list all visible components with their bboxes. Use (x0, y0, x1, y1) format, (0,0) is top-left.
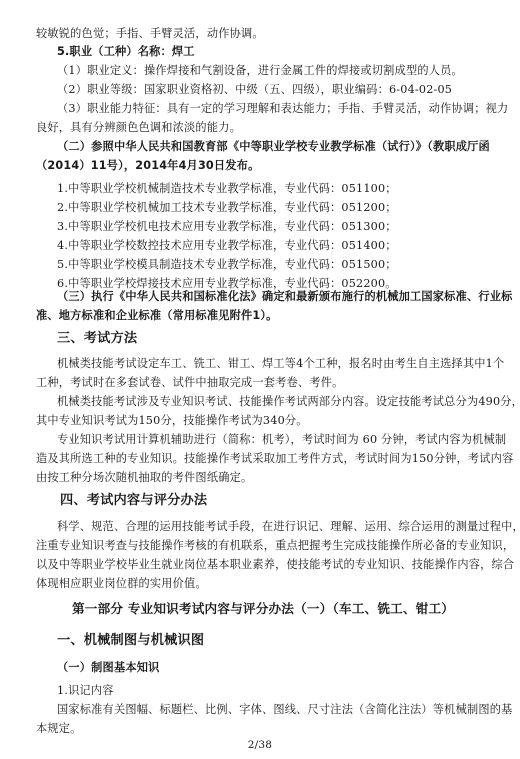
body-text: 体现相应职业岗位群的实用价值。 (36, 577, 207, 591)
body-text: （1）职业定义：操作焊接和气割设备，进行金属工件的焊接或切割成型的人员。 (57, 64, 463, 78)
body-text: （3）职业能力特征：具有一定的学习理解和表达能力；手指、手臂灵活，动作协调；视力 (57, 102, 508, 116)
occupation-heading: 5.职业（工种）名称：焊工 (57, 45, 195, 59)
body-text: 以及中等职业学校毕业生就业岗位基本职业素养，使技能考试的专业知识、技能操作内容，… (36, 558, 514, 572)
body-text: 较敏锐的色觉；手指、手臂灵活，动作协调。 (36, 27, 264, 41)
list-item: 2.中等职业学校机械加工技术专业教学标准，专业代码：051200； (57, 201, 397, 215)
body-text: 1.识记内容 (57, 684, 114, 698)
subsection-heading: （三）执行《中华人民共和国标准化法》确定和最新颁布施行的机械加工国家标准、行业标 (57, 290, 513, 304)
section-heading: 四、考试内容与评分办法 (60, 494, 207, 508)
body-text: 机械类技能考试设定车工、铣工、钳工、焊工等4个工种，报名时由考生自主选择其中1个 (57, 357, 504, 371)
body-text: 由按工种分场次随机抽取的考件图纸确定。 (36, 471, 252, 485)
list-item: 5.中等职业学校模具制造技术专业教学标准，专业代码：051500； (57, 258, 397, 272)
list-item: 4.中等职业学校数控技术应用专业教学标准，专业代码：051400； (57, 239, 397, 253)
document-page: 较敏锐的色觉；手指、手臂灵活，动作协调。 5.职业（工种）名称：焊工 （1）职业… (0, 0, 520, 759)
subsection-heading: （2014）11号），2014年4月30日发布。 (36, 159, 259, 173)
list-item: 6.中等职业学校焊接技术应用专业教学标准，专业代码：052200。 (57, 277, 397, 291)
body-text: 专业知识考试用计算机辅助进行（简称：机考），考试时间为 60 分钟，考试内容为机… (57, 433, 506, 447)
subsection-heading: （二）参照中华人民共和国教育部《中等职业学校专业教学标准（试行）》（教职成厅函 (57, 140, 490, 154)
body-text: 科学、规范、合理的运用技能考试手段，在进行识记、理解、运用、综合运用的测量过程中… (57, 520, 520, 534)
body-text: （2）职业等级：国家职业资格初、中级（五、四级），职业编码：6-04-02-05 (57, 83, 452, 97)
body-text: 本规定。 (36, 722, 82, 736)
body-text: 工种，考试时在多套试卷、试件中抽取完成一套考卷、考件。 (36, 376, 343, 390)
section-heading: 一、机械制图与机械识图 (57, 634, 204, 648)
body-text: 机械类技能考试涉及专业知识考试、技能操作考试两部分内容。设定技能考试总分为490… (57, 395, 520, 409)
body-text: 良好，具有分辨颜色色调和浓淡的能力。 (36, 121, 241, 135)
body-text: 国家标准有关图幅、标题栏、比例、字体、图线、尺寸注法（含简化注法）等机械制图的基 (57, 703, 513, 717)
body-text: 造及其所选工种的专业知识。技能操作考试采取加工考件方式，考试时间为150分钟，考… (36, 452, 513, 466)
list-item: 1.中等职业学校机械制造技术专业教学标准，专业代码：051100； (57, 182, 397, 196)
list-item: 3.中等职业学校机电技术应用专业教学标准，专业代码：051300； (57, 220, 397, 234)
subsection-heading: 准、地方标准和企业标准（常用标准见附件1）。 (36, 309, 278, 323)
subsection-heading: （一）制图基本知识 (57, 661, 160, 675)
page-number: 2/38 (0, 738, 520, 752)
body-text: 注重专业知识考查与技能操作考核的有机联系，重点把握考生完成技能操作所必备的专业知… (36, 539, 514, 553)
section-heading: 三、考试方法 (57, 332, 137, 346)
part-heading: 第一部分 专业知识考试内容与评分办法（一）（车工、铣工、钳工） (72, 602, 454, 616)
body-text: 其中专业知识考试为150分，技能操作考试为340分。 (36, 414, 308, 428)
